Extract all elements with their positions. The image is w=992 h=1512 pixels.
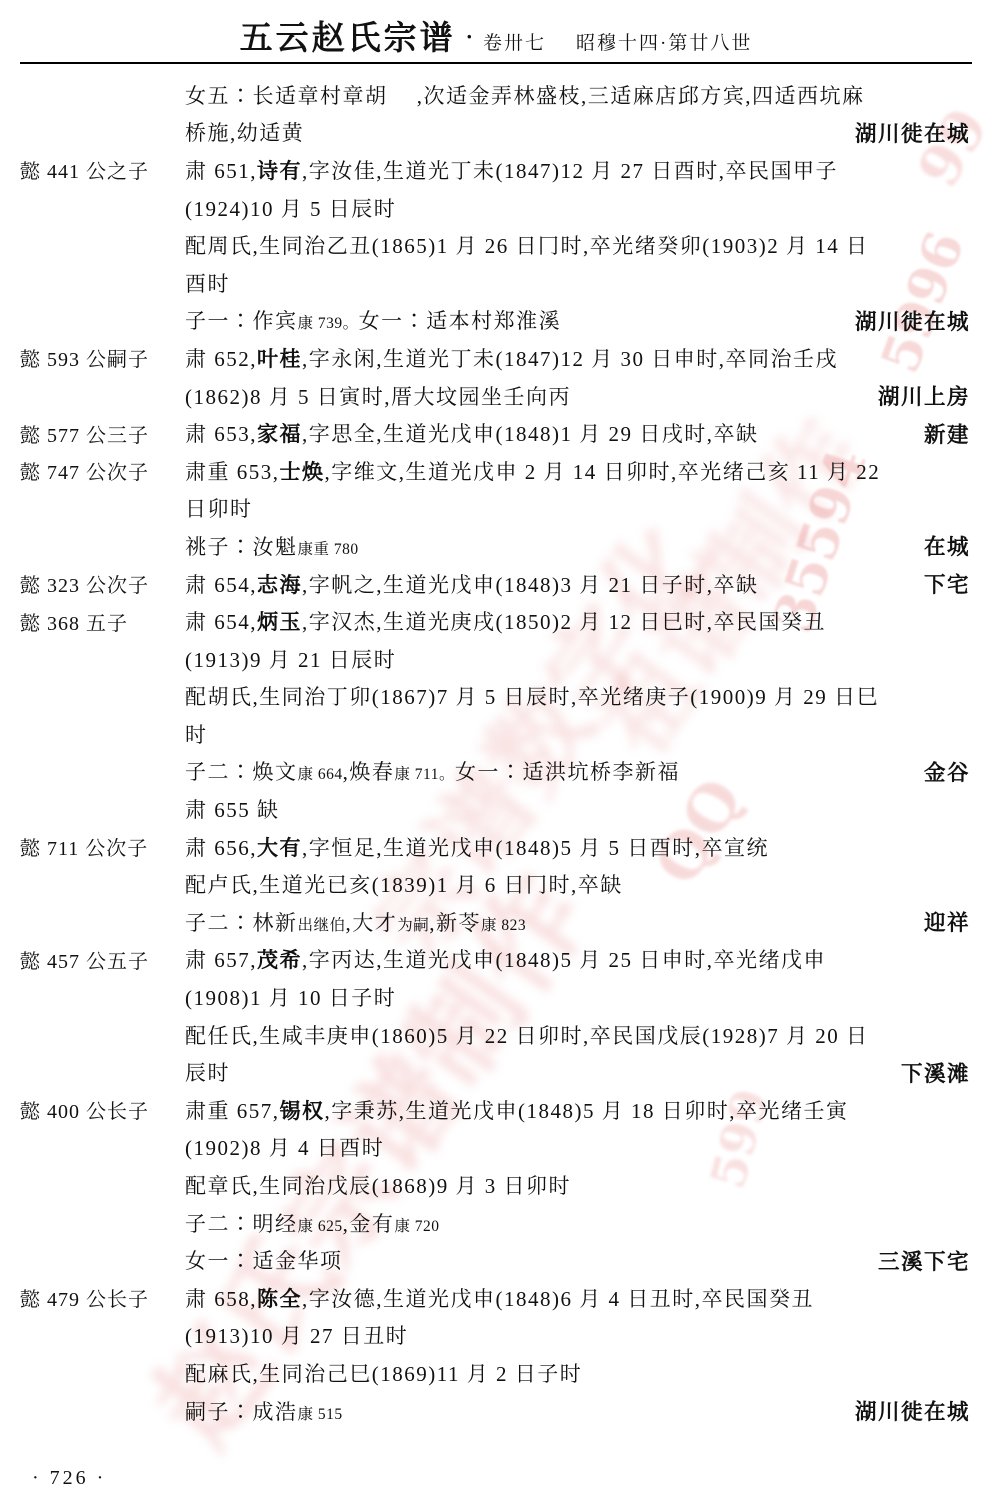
entry-text: (1902)8 月 4 日酉时	[185, 1132, 970, 1162]
generation-label: 懿 747 公次子	[0, 456, 185, 485]
entry-text-run: ,焕春	[343, 760, 395, 784]
entry-line: 懿 593 公嗣子肃 652,叶桂,字永闲,生道光丁未(1847)12 月 30…	[0, 339, 992, 377]
generation-label: 懿 593 公嗣子	[0, 343, 185, 372]
entry-line: 桥施,幼适黄湖川徙在城	[0, 114, 992, 152]
entry-text-run: 肃 654,	[185, 573, 257, 597]
entry-text: 肃 651,诗有,字汝佳,生道光丁未(1847)12 月 27 日酉时,卒民国甲…	[185, 155, 970, 185]
entry-text: 配任氏,生咸丰庚申(1860)5 月 22 日卯时,卒民国戊辰(1928)7 月…	[185, 1020, 970, 1050]
reference-annotation: 康重 780	[298, 541, 359, 558]
entry-text-run: 辰时	[185, 1061, 230, 1085]
reference-annotation: 出继伯	[298, 917, 346, 934]
entry-line: (1924)10 月 5 日辰时	[0, 189, 992, 227]
entry-text-run: ,字秉苏,生道光戊申(1848)5 月 18 日卯时,卒光绪壬寅	[325, 1099, 849, 1123]
entry-text: 时	[185, 719, 970, 749]
entry-text-run: 配周氏,生同治乙丑(1865)1 月 26 日冂时,卒光绪癸卯(1903)2 月…	[185, 234, 868, 258]
entry-text-run: 女一∶适金华项	[185, 1249, 343, 1273]
entry-line: 祧子∶汝魁康重 780在城	[0, 527, 992, 565]
entry-text-run: 时	[185, 723, 208, 747]
volume-label: 卷卅七	[483, 33, 546, 54]
person-name: 炳玉	[257, 610, 302, 634]
entry-text-run: 子二∶焕文	[185, 760, 298, 784]
entry-line: 子二∶焕文康 664,焕春康 711。女一∶适洪坑桥李新福金谷	[0, 753, 992, 791]
entry-line: 子一∶作宾康 739。女一∶适本村郑淮溪湖川徙在城	[0, 302, 992, 340]
entry-text-run: ,字汝佳,生道光丁未(1847)12 月 27 日酉时,卒民国甲子	[302, 159, 838, 183]
entry-text: (1924)10 月 5 日辰时	[185, 193, 970, 223]
person-name: 家福	[257, 422, 302, 446]
entry-text: 酉时	[185, 268, 970, 298]
entry-text-run: ,字汉杰,生道光庚戌(1850)2 月 12 日巳时,卒民国癸丑	[302, 610, 826, 634]
section-label: 昭穆十四·第廿八世	[576, 33, 752, 54]
entry-text-run: 肃 654,	[185, 610, 257, 634]
entry-line: 懿 400 公长子肃重 657,锡权,字秉苏,生道光戊申(1848)5 月 18…	[0, 1091, 992, 1129]
reference-annotation: 康 720	[394, 1218, 439, 1235]
entry-text: 嗣子∶成浩康 515	[185, 1396, 855, 1426]
entry-text-run: (1862)8 月 5 日寅时,厝大坟园坐壬向丙	[185, 385, 571, 409]
entry-text-run: ,字帆之,生道光戊申(1848)3 月 21 日子时,卒缺	[302, 573, 759, 597]
entry-text: 桥施,幼适黄	[185, 117, 855, 147]
entry-text: (1862)8 月 5 日寅时,厝大坟园坐壬向丙	[185, 381, 878, 411]
entry-line: 懿 441 公之子肃 651,诗有,字汝佳,生道光丁未(1847)12 月 27…	[0, 151, 992, 189]
entry-text: 子二∶林新出继伯,大才为嗣,新苓康 823	[185, 907, 924, 937]
entry-line: 懿 711 公次子肃 656,大有,字恒足,生道光戊申(1848)5 月 5 日…	[0, 828, 992, 866]
person-name: 叶桂	[257, 347, 302, 371]
entry-text-run: 肃 652,	[185, 347, 257, 371]
entry-text-run: 子一∶作宾	[185, 309, 298, 333]
title-separator-dot: ·	[466, 24, 473, 49]
residence-label: 湖川徙在城	[855, 117, 970, 148]
entry-line: (1902)8 月 4 日酉时	[0, 1129, 992, 1167]
generation-label: 懿 323 公次子	[0, 569, 185, 598]
entry-text-run: 嗣子∶成浩	[185, 1400, 298, 1424]
generation-label: 懿 479 公长子	[0, 1283, 185, 1312]
person-name: 茂希	[257, 948, 302, 972]
genealogy-entries: 女五∶长适章村章胡 ,次适金弄林盛枝,三适麻店邱方宾,四适西坑麻桥施,幼适黄湖川…	[0, 76, 992, 1429]
entry-text: 肃 654,炳玉,字汉杰,生道光庚戌(1850)2 月 12 日巳时,卒民国癸丑	[185, 606, 970, 636]
reference-annotation: 康 515	[298, 1406, 343, 1423]
entry-line: 女一∶适金华项三溪下宅	[0, 1241, 992, 1279]
entry-text: 肃重 657,锡权,字秉苏,生道光戊申(1848)5 月 18 日卯时,卒光绪壬…	[185, 1095, 970, 1125]
reference-annotation: 康 664	[298, 766, 343, 783]
person-name: 志海	[257, 573, 302, 597]
entry-text-run: 肃重 657,	[185, 1099, 280, 1123]
entry-line: (1913)10 月 27 日丑时	[0, 1317, 992, 1355]
entry-text-run: ,字恒足,生道光戊申(1848)5 月 5 日酉时,卒宣统	[302, 836, 769, 860]
entry-line: 懿 457 公五子肃 657,茂希,字丙达,生道光戊申(1848)5 月 25 …	[0, 941, 992, 979]
generation-label: 懿 400 公长子	[0, 1095, 185, 1124]
entry-text-run: ,新苓	[429, 911, 481, 935]
person-name: 士焕	[280, 460, 325, 484]
entry-line: 肃 655 缺	[0, 790, 992, 828]
entry-text-run: 子二∶明经	[185, 1212, 298, 1236]
entry-text-run: 肃重 653,	[185, 460, 280, 484]
header-title-line: 五云赵氏宗谱·卷卅七昭穆十四·第廿八世	[0, 0, 992, 59]
entry-line: 懿 323 公次子肃 654,志海,字帆之,生道光戊申(1848)3 月 21 …	[0, 565, 992, 603]
residence-label: 三溪下宅	[878, 1245, 970, 1276]
entry-text: 辰时	[185, 1057, 901, 1087]
entry-text-run: 女五∶长适章村章胡 ,次适金弄林盛枝,三适麻店邱方宾,四适西坑麻	[185, 84, 865, 108]
entry-text-run: 配任氏,生咸丰庚申(1860)5 月 22 日卯时,卒民国戊辰(1928)7 月…	[185, 1024, 868, 1048]
generation-label: 懿 457 公五子	[0, 945, 185, 974]
entry-line: 配周氏,生同治乙丑(1865)1 月 26 日冂时,卒光绪癸卯(1903)2 月…	[0, 226, 992, 264]
entry-text-run: (1902)8 月 4 日酉时	[185, 1136, 384, 1160]
entry-text: 配胡氏,生同治丁卯(1867)7 月 5 日辰时,卒光绪庚子(1900)9 月 …	[185, 681, 970, 711]
entry-line: 懿 479 公长子肃 658,陈全,字汝德,生道光戊申(1848)6 月 4 日…	[0, 1279, 992, 1317]
entry-text: 女五∶长适章村章胡 ,次适金弄林盛枝,三适麻店邱方宾,四适西坑麻	[185, 80, 970, 110]
entry-line: 女五∶长适章村章胡 ,次适金弄林盛枝,三适麻店邱方宾,四适西坑麻	[0, 76, 992, 114]
entry-line: 时	[0, 715, 992, 753]
entry-text: (1913)10 月 27 日丑时	[185, 1320, 970, 1350]
reference-annotation: 康 711。	[394, 766, 455, 783]
entry-line: 懿 577 公三子肃 653,家福,字思全,生道光戊申(1848)1 月 29 …	[0, 414, 992, 452]
entry-text-run: 肃 651,	[185, 159, 257, 183]
genealogy-page: 赵氏宗谱制作宗谱数字化祖谱制作QQ35594599699599 五云赵氏宗谱·卷…	[0, 0, 992, 1512]
entry-text: 配章氏,生同治戊辰(1868)9 月 3 日卯时	[185, 1170, 970, 1200]
reference-annotation: 康 823	[481, 917, 526, 934]
entry-line: 辰时下溪滩	[0, 1053, 992, 1091]
entry-text-run: 女一∶适洪坑桥李新福	[455, 760, 680, 784]
page-number: · 726 ·	[32, 1467, 106, 1489]
residence-label: 下溪滩	[901, 1057, 970, 1088]
reference-annotation: 康 739。	[298, 315, 359, 332]
entry-text-run: 子二∶林新	[185, 911, 298, 935]
entry-line: 子二∶林新出继伯,大才为嗣,新苓康 823迎祥	[0, 903, 992, 941]
entry-line: 日卯时	[0, 490, 992, 528]
entry-text-run: 肃 656,	[185, 836, 257, 860]
entry-text-run: (1908)1 月 10 日子时	[185, 986, 396, 1010]
entry-text-run: (1924)10 月 5 日辰时	[185, 197, 396, 221]
entry-text-run: ,字丙达,生道光戊申(1848)5 月 25 日申时,卒光绪戊申	[302, 948, 826, 972]
entry-line: 配章氏,生同治戊辰(1868)9 月 3 日卯时	[0, 1166, 992, 1204]
entry-line: 子二∶明经康 625,金有康 720	[0, 1204, 992, 1242]
entry-text-run: 酉时	[185, 272, 230, 296]
entry-text-run: 祧子∶汝魁	[185, 535, 298, 559]
entry-text: 子二∶焕文康 664,焕春康 711。女一∶适洪坑桥李新福	[185, 756, 924, 786]
generation-label: 懿 441 公之子	[0, 155, 185, 184]
entry-text-run: 配胡氏,生同治丁卯(1867)7 月 5 日辰时,卒光绪庚子(1900)9 月 …	[185, 685, 879, 709]
entry-line: 嗣子∶成浩康 515湖川徙在城	[0, 1392, 992, 1430]
entry-text-run: 肃 653,	[185, 422, 257, 446]
entry-line: 酉时	[0, 264, 992, 302]
person-name: 陈全	[257, 1287, 302, 1311]
residence-label: 下宅	[924, 568, 970, 599]
entry-line: (1908)1 月 10 日子时	[0, 978, 992, 1016]
entry-text-run: 女一∶适本村郑淮溪	[359, 309, 562, 333]
entry-text: 女一∶适金华项	[185, 1245, 878, 1275]
entry-text-run: (1913)10 月 27 日丑时	[185, 1324, 408, 1348]
entry-line: (1862)8 月 5 日寅时,厝大坟园坐壬向丙湖川上房	[0, 377, 992, 415]
generation-label: 懿 577 公三子	[0, 419, 185, 448]
entry-text-run: ,大才	[346, 911, 398, 935]
residence-label: 迎祥	[924, 906, 970, 937]
entry-text: 肃 656,大有,字恒足,生道光戊申(1848)5 月 5 日酉时,卒宣统	[185, 832, 970, 862]
entry-text-run: 肃 655 缺	[185, 798, 280, 822]
entry-text: 肃 658,陈全,字汝德,生道光戊申(1848)6 月 4 日丑时,卒民国癸丑	[185, 1283, 970, 1313]
entry-text-run: 肃 657,	[185, 948, 257, 972]
entry-text-run: 桥施,幼适黄	[185, 121, 304, 145]
entry-text: 子一∶作宾康 739。女一∶适本村郑淮溪	[185, 305, 855, 335]
entry-text: 日卯时	[185, 493, 970, 523]
entry-line: 懿 368 五子肃 654,炳玉,字汉杰,生道光庚戌(1850)2 月 12 日…	[0, 602, 992, 640]
entry-line: 配卢氏,生道光已亥(1839)1 月 6 日冂时,卒缺	[0, 865, 992, 903]
entry-text-run: ,字汝德,生道光戊申(1848)6 月 4 日丑时,卒民国癸丑	[302, 1287, 814, 1311]
entry-text-run: ,字维文,生道光戊申 2 月 14 日卯时,卒光绪己亥 11 月 22	[325, 460, 881, 484]
entry-line: (1913)9 月 21 日辰时	[0, 640, 992, 678]
residence-label: 新建	[924, 418, 970, 449]
residence-label: 在城	[924, 530, 970, 561]
entry-text: 配卢氏,生道光已亥(1839)1 月 6 日冂时,卒缺	[185, 869, 970, 899]
residence-label: 湖川上房	[878, 380, 970, 411]
person-name: 锡权	[280, 1099, 325, 1123]
person-name: 诗有	[257, 159, 302, 183]
entry-line: 懿 747 公次子肃重 653,士焕,字维文,生道光戊申 2 月 14 日卯时,…	[0, 452, 992, 490]
entry-text: 肃 653,家福,字思全,生道光戊申(1848)1 月 29 日戌时,卒缺	[185, 418, 924, 448]
entry-text-run: ,金有	[343, 1212, 395, 1236]
entry-line: 配胡氏,生同治丁卯(1867)7 月 5 日辰时,卒光绪庚子(1900)9 月 …	[0, 678, 992, 716]
reference-annotation: 为嗣	[397, 917, 429, 934]
entry-text: 子二∶明经康 625,金有康 720	[185, 1208, 970, 1238]
residence-label: 湖川徙在城	[855, 1395, 970, 1426]
reference-annotation: 康 625	[298, 1218, 343, 1235]
generation-label: 懿 368 五子	[0, 607, 185, 636]
page-header: 五云赵氏宗谱·卷卅七昭穆十四·第廿八世	[0, 0, 992, 59]
entry-text-run: ,字永闲,生道光丁未(1847)12 月 30 日申时,卒同治壬戌	[302, 347, 838, 371]
entry-text: 祧子∶汝魁康重 780	[185, 531, 924, 561]
entry-text-run: 肃 658,	[185, 1287, 257, 1311]
header-divider-rule	[20, 62, 972, 64]
entry-text-run: ,字思全,生道光戊申(1848)1 月 29 日戌时,卒缺	[302, 422, 759, 446]
entry-text-run: (1913)9 月 21 日辰时	[185, 648, 396, 672]
entry-text: (1913)9 月 21 日辰时	[185, 644, 970, 674]
entry-text: 肃 657,茂希,字丙达,生道光戊申(1848)5 月 25 日申时,卒光绪戊申	[185, 944, 970, 974]
entry-text: 肃 654,志海,字帆之,生道光戊申(1848)3 月 21 日子时,卒缺	[185, 569, 924, 599]
residence-label: 金谷	[924, 756, 970, 787]
generation-label: 懿 711 公次子	[0, 832, 185, 861]
entry-text: 肃 652,叶桂,字永闲,生道光丁未(1847)12 月 30 日申时,卒同治壬…	[185, 343, 970, 373]
page-footer: · 726 ·	[32, 1467, 106, 1490]
entry-text: 配麻氏,生同治己巳(1869)11 月 2 日子时	[185, 1358, 970, 1388]
entry-text-run: 日卯时	[185, 497, 253, 521]
entry-text: 配周氏,生同治乙丑(1865)1 月 26 日冂时,卒光绪癸卯(1903)2 月…	[185, 230, 970, 260]
entry-text: (1908)1 月 10 日子时	[185, 982, 970, 1012]
entry-line: 配任氏,生咸丰庚申(1860)5 月 22 日卯时,卒民国戊辰(1928)7 月…	[0, 1016, 992, 1054]
entry-text: 肃重 653,士焕,字维文,生道光戊申 2 月 14 日卯时,卒光绪己亥 11 …	[185, 456, 970, 486]
entry-text-run: 配卢氏,生道光已亥(1839)1 月 6 日冂时,卒缺	[185, 873, 623, 897]
entry-text-run: 配章氏,生同治戊辰(1868)9 月 3 日卯时	[185, 1174, 571, 1198]
person-name: 大有	[257, 836, 302, 860]
entry-text: 肃 655 缺	[185, 794, 970, 824]
book-title: 五云赵氏宗谱	[240, 21, 456, 57]
residence-label: 湖川徙在城	[855, 305, 970, 336]
entry-line: 配麻氏,生同治己巳(1869)11 月 2 日子时	[0, 1354, 992, 1392]
entry-text-run: 配麻氏,生同治己巳(1869)11 月 2 日子时	[185, 1362, 582, 1386]
